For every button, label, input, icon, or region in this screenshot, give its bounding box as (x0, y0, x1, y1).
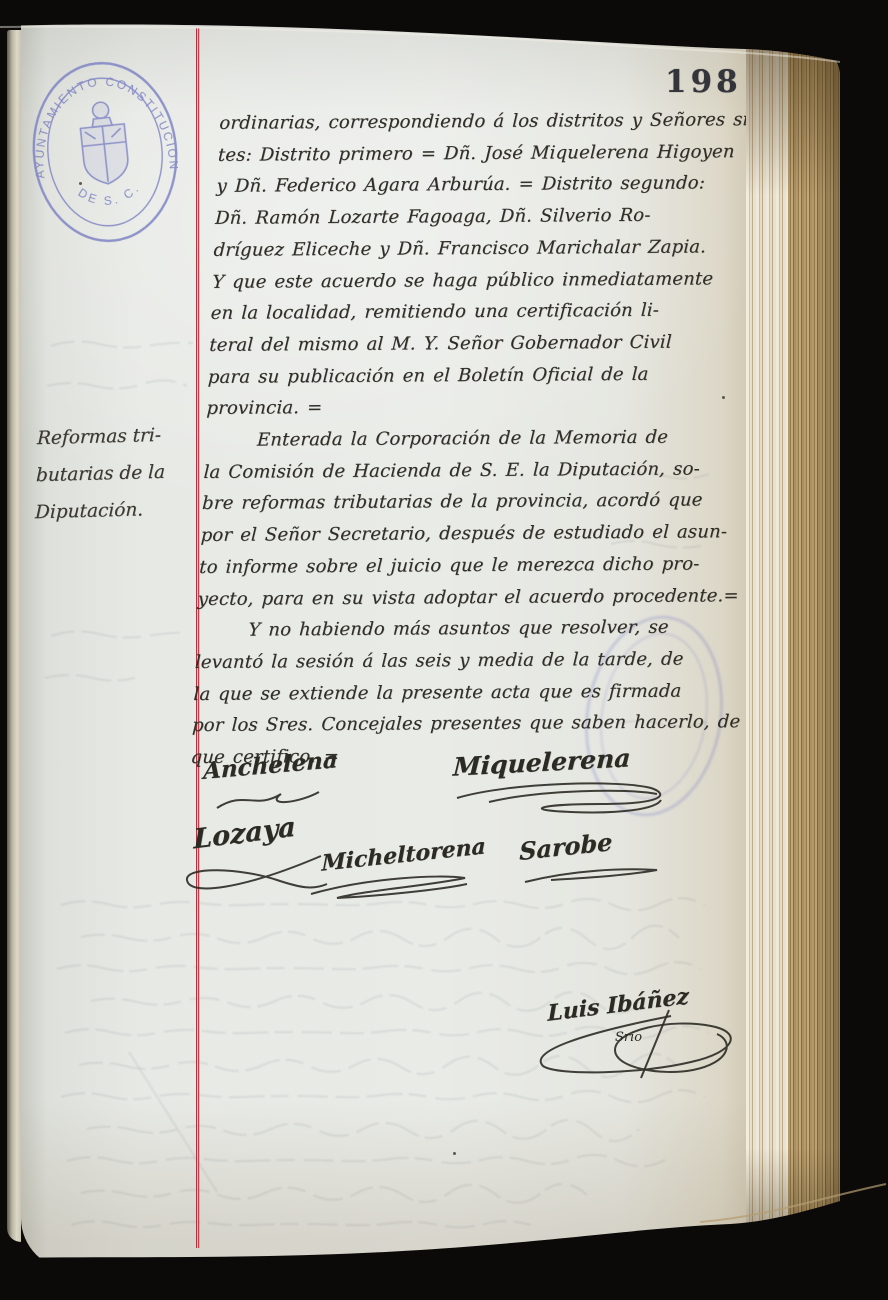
manuscript-line: Y que este acuerdo se haga público inmed… (211, 263, 746, 299)
manuscript-line: to informe sobre el juicio que le merezc… (199, 548, 746, 584)
margin-note-line: Diputación. (35, 490, 204, 531)
manuscript-line: Y no habiendo más asuntos que resolver, … (196, 611, 746, 647)
signature-flourish-sarobe (521, 864, 667, 888)
manuscript-line: en la localidad, remitiendo una certific… (210, 294, 746, 330)
manuscript-line: ordinarias, correspondiendo á los distri… (219, 104, 746, 140)
book-page: 198 AYUNTAMIENTO CONSTITUCIONAL DE S. C. (21, 24, 746, 1270)
manuscript-line: por el Señor Secretario, después de estu… (200, 516, 746, 552)
manuscript-body: ordinarias, correspondiendo á los distri… (190, 104, 746, 774)
manuscript-line: la que se extiende la presente acta que … (193, 675, 746, 711)
manuscript-line: Dñ. Ramón Lozarte Fagoaga, Dñ. Silverio … (214, 199, 746, 235)
manuscript-line: dríguez Eliceche y Dñ. Francisco Maricha… (213, 231, 746, 267)
signature-flourish-miquelerena (449, 778, 675, 816)
margin-note-line: butarias de la (36, 453, 205, 494)
previous-page-edge (7, 30, 21, 1242)
manuscript-line: levantó la sesión á las seis y media de … (194, 643, 746, 679)
municipal-oval-stamp: AYUNTAMIENTO CONSTITUCIONAL DE S. C. (21, 48, 193, 255)
margin-note: Reformas tri- butarias de la Diputación. (35, 416, 206, 532)
ink-speck (79, 182, 82, 185)
fore-edge-shading (746, 46, 840, 1268)
ink-speck (722, 396, 725, 399)
secretary-title-abbreviation: Srio (615, 1030, 642, 1045)
secretary-rubric (519, 1008, 746, 1084)
coat-of-arms (78, 100, 130, 186)
manuscript-line: Enterada la Corporación de la Memoria de (204, 421, 746, 457)
manuscript-line: bre reformas tributarias de la provincia… (201, 485, 746, 521)
manuscript-line: por los Sres. Concejales presentes que s… (191, 707, 744, 743)
manuscript-line: tes: Distrito primero = Dñ. José Miquele… (217, 136, 746, 172)
manuscript-line: para su publicación en el Boletín Oficia… (207, 358, 746, 394)
manuscript-line: yecto, para en su vista adoptar el acuer… (197, 580, 746, 616)
manuscript-scan: 198 AYUNTAMIENTO CONSTITUCIONAL DE S. C. (0, 0, 888, 1300)
margin-note-line: Reformas tri- (37, 416, 206, 457)
manuscript-line: la Comisión de Hacienda de S. E. la Dipu… (203, 453, 746, 489)
book-fore-edge (746, 46, 840, 1268)
signature-flourish-micheltorena (307, 870, 477, 902)
page-number-stamp: 198 (665, 64, 742, 100)
manuscript-line: teral del mismo al M. Y. Señor Gobernado… (209, 326, 746, 362)
manuscript-line: y Dñ. Federico Agara Arburúa. = Distrito… (216, 167, 746, 203)
ink-speck (453, 1152, 456, 1155)
signature-flourish-anchelena (211, 788, 327, 814)
manuscript-line: provincia. = (206, 389, 746, 425)
